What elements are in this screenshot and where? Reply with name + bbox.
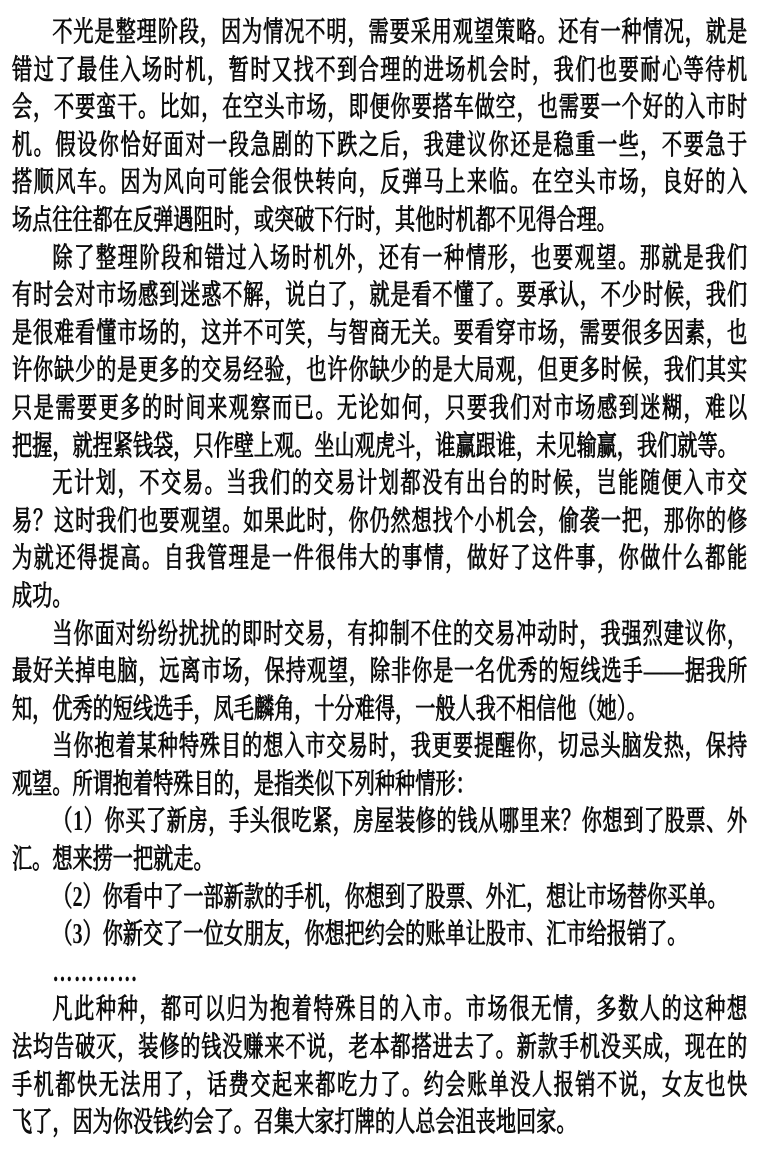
para-confused-by-market: 除了整理阶段和错过入场时机外，还有一种情形，也要观望。那就是我们有时会对市场感到… bbox=[12, 240, 747, 466]
text-line: 会，不要蛮干。比如，在空头市场，即便你要搭车做空，也需要一个好的入市时 bbox=[12, 89, 747, 127]
text-scale-wrapper: 不光是整理阶段，因为情况不明，需要采用观望策略。还有一种情况，就是错过了最佳入场… bbox=[12, 14, 747, 1142]
text-line: 为就还得提高。自我管理是一件很伟大的事情，做好了这件事，你做什么都能 bbox=[12, 540, 747, 578]
text-line: 手机都快无法用了，话费交起来都吃力了。约会账单没人报销不说，女友也快 bbox=[12, 1067, 747, 1105]
text-line: 场点往往都在反弹遇阻时，或突破下行时，其他时机都不见得合理。 bbox=[12, 202, 747, 240]
book-page: { "document": { "language": "zh-CN", "ba… bbox=[0, 0, 758, 1160]
para-trading-impulse: 当你面对纷纷扰扰的即时交易，有抑制不住的交易冲动时，我强烈建议你，最好关掉电脑，… bbox=[12, 616, 747, 729]
text-line: 汇。想来捞一把就走。 bbox=[12, 841, 747, 879]
text-line: 除了整理阶段和错过入场时机外，还有一种情形，也要观望。那就是我们 bbox=[12, 240, 747, 278]
text-line: 把握，就捏紧钱袋，只作壁上观。坐山观虎斗，谁赢跟谁，未见输赢，我们就等。 bbox=[12, 428, 747, 466]
text-line: 只是需要更多的时间来观察而已。无论如何，只要我们对市场感到迷糊，难以 bbox=[12, 390, 747, 428]
text-line: 凡此种种，都可以归为抱着特殊目的入市。市场很无情，多数人的这种想 bbox=[12, 991, 747, 1029]
text-line: 不光是整理阶段，因为情况不明，需要采用观望策略。还有一种情况，就是 bbox=[12, 14, 747, 52]
text-line: （3）你新交了一位女朋友，你想把约会的账单让股市、汇市给报销了。 bbox=[12, 916, 747, 954]
list-item-2: （2）你看中了一部新款的手机，你想到了股票、外汇，想让市场替你买单。 bbox=[12, 879, 747, 917]
text-line: 成功。 bbox=[12, 578, 747, 616]
text-line: （2）你看中了一部新款的手机，你想到了股票、外汇，想让市场替你买单。 bbox=[12, 879, 747, 917]
text-line: 法均告破灭，装修的钱没赚来不说，老本都搭进去了。新款手机没买成，现在的 bbox=[12, 1029, 747, 1067]
text-line: 无计划，不交易。当我们的交易计划都没有出台的时候，岂能随便入市交 bbox=[12, 465, 747, 503]
text-line: 当你面对纷纷扰扰的即时交易，有抑制不住的交易冲动时，我强烈建议你， bbox=[12, 616, 747, 654]
text-line: 许你缺少的是更多的交易经验，也许你缺少的是大局观，但更多时候，我们其实 bbox=[12, 352, 747, 390]
text-line: ………… bbox=[12, 954, 747, 992]
text-line: 当你抱着某种特殊目的想入市交易时，我更要提醒你，切忌头脑发热，保持 bbox=[12, 728, 747, 766]
para-no-plan-no-trade: 无计划，不交易。当我们的交易计划都没有出台的时候，岂能随便入市交易？这时我们也要… bbox=[12, 465, 747, 615]
text-line: 易？这时我们也要观望。如果此时，你仍然想找个小机会，偷袭一把，那你的修 bbox=[12, 503, 747, 541]
text-line: 最好关掉电脑，远离市场，保持观望，除非你是一名优秀的短线选手——据我所 bbox=[12, 653, 747, 691]
text-line: （1）你买了新房，手头很吃紧，房屋装修的钱从哪里来？你想到了股票、外 bbox=[12, 803, 747, 841]
text-line: 飞了，因为你没钱约会了。召集大家打牌的人总会沮丧地回家。 bbox=[12, 1104, 747, 1142]
ellipsis-line: ………… bbox=[12, 954, 747, 992]
text-line: 机。假设你恰好面对一段急剧的下跌之后，我建议你还是稳重一些，不要急于 bbox=[12, 127, 747, 165]
text-line: 观望。所谓抱着特殊目的，是指类似下列种种情形： bbox=[12, 766, 747, 804]
list-item-3: （3）你新交了一位女朋友，你想把约会的账单让股市、汇市给报销了。 bbox=[12, 916, 747, 954]
text-line: 知，优秀的短线选手，凤毛麟角，十分难得，一般人我不相信他（她）。 bbox=[12, 691, 747, 729]
text-line: 是很难看懂市场的，这并不可笑，与智商无关。要看穿市场，需要很多因素，也 bbox=[12, 315, 747, 353]
text-line: 搭顺风车。因为风向可能会很快转向，反弹马上来临。在空头市场，良好的入 bbox=[12, 164, 747, 202]
list-item-1: （1）你买了新房，手头很吃紧，房屋装修的钱从哪里来？你想到了股票、外汇。想来捞一… bbox=[12, 803, 747, 878]
text-line: 有时会对市场感到迷惑不解，说白了，就是看不懂了。要承认，不少时候，我们 bbox=[12, 277, 747, 315]
para-conclusion: 凡此种种，都可以归为抱着特殊目的入市。市场很无情，多数人的这种想法均告破灭，装修… bbox=[12, 991, 747, 1141]
scanned-book-page: 不光是整理阶段，因为情况不明，需要采用观望策略。还有一种情况，就是错过了最佳入场… bbox=[0, 0, 758, 1160]
text-line: 错过了最佳入场时机，暂时又找不到合理的进场机会时，我们也要耐心等待机 bbox=[12, 52, 747, 90]
para-special-purpose-intro: 当你抱着某种特殊目的想入市交易时，我更要提醒你，切忌头脑发热，保持观望。所谓抱着… bbox=[12, 728, 747, 803]
text-block: 不光是整理阶段，因为情况不明，需要采用观望策略。还有一种情况，就是错过了最佳入场… bbox=[12, 14, 747, 1142]
para-wait-for-entry: 不光是整理阶段，因为情况不明，需要采用观望策略。还有一种情况，就是错过了最佳入场… bbox=[12, 14, 747, 240]
